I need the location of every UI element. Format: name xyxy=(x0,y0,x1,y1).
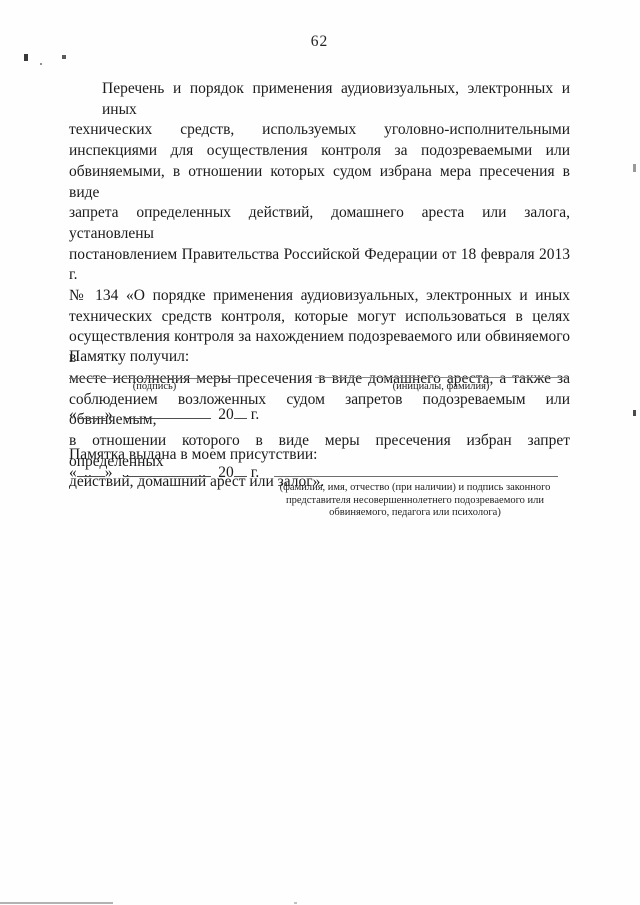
close-quote: » xyxy=(105,464,113,481)
scan-speck xyxy=(294,902,297,904)
scan-speck xyxy=(633,410,636,416)
day-blank xyxy=(77,463,105,477)
year-unit: г. xyxy=(251,464,259,481)
open-quote: « xyxy=(69,464,77,481)
name-caption: (инициалы, фамилия) xyxy=(315,381,567,392)
close-quote: » xyxy=(105,406,113,423)
paragraph-line: постановлением Правительства Российской … xyxy=(69,245,570,286)
open-quote: « xyxy=(69,406,77,423)
month-blank xyxy=(124,405,211,419)
signature-blank-line xyxy=(69,362,240,379)
page-number: 62 xyxy=(69,33,570,51)
signature-caption: (подпись) xyxy=(69,381,240,392)
issued-caption-line: представителя несовершеннолетнего подозр… xyxy=(265,495,565,508)
year-century: 20 xyxy=(218,406,234,423)
paragraph-line: инспекциями для осуществления контроля з… xyxy=(69,141,570,162)
paragraph-line: № 134 «О порядке применения аудиовизуаль… xyxy=(69,286,570,307)
issued-label: Памятка выдана в моем присутствии: xyxy=(69,446,317,464)
scan-speck xyxy=(62,55,66,59)
representative-blank-line xyxy=(274,463,558,477)
year-blank xyxy=(234,405,247,419)
scan-speck xyxy=(24,54,28,61)
received-date-row: «» 20г. xyxy=(69,405,259,424)
paragraph-line: запрета определенных действий, домашнего… xyxy=(69,203,570,244)
issued-caption-line: обвиняемого, педагога или психолога) xyxy=(265,507,565,520)
name-blank-line xyxy=(315,361,567,378)
scan-speck xyxy=(40,63,42,65)
issued-caption-line: (фамилия, имя, отчество (при наличии) и … xyxy=(265,482,565,495)
paragraph-line: технических средств, используемых уголов… xyxy=(69,120,570,141)
month-blank xyxy=(124,463,211,477)
year-blank xyxy=(234,463,247,477)
scan-edge-line xyxy=(0,902,113,904)
main-paragraph: Перечень и порядок применения аудиовизуа… xyxy=(69,79,570,493)
year-unit: г. xyxy=(251,406,259,423)
scan-speck xyxy=(633,164,636,172)
year-century: 20 xyxy=(218,464,234,481)
day-blank xyxy=(77,405,105,419)
paragraph-line: Перечень и порядок применения аудиовизуа… xyxy=(69,79,570,120)
paragraph-line: технических средств контроля, которые мо… xyxy=(69,307,570,328)
paragraph-line: обвиняемыми, в отношении которых судом и… xyxy=(69,162,570,203)
issued-caption: (фамилия, имя, отчество (при наличии) и … xyxy=(265,482,565,520)
issued-date-row: «» 20г. xyxy=(69,463,558,482)
